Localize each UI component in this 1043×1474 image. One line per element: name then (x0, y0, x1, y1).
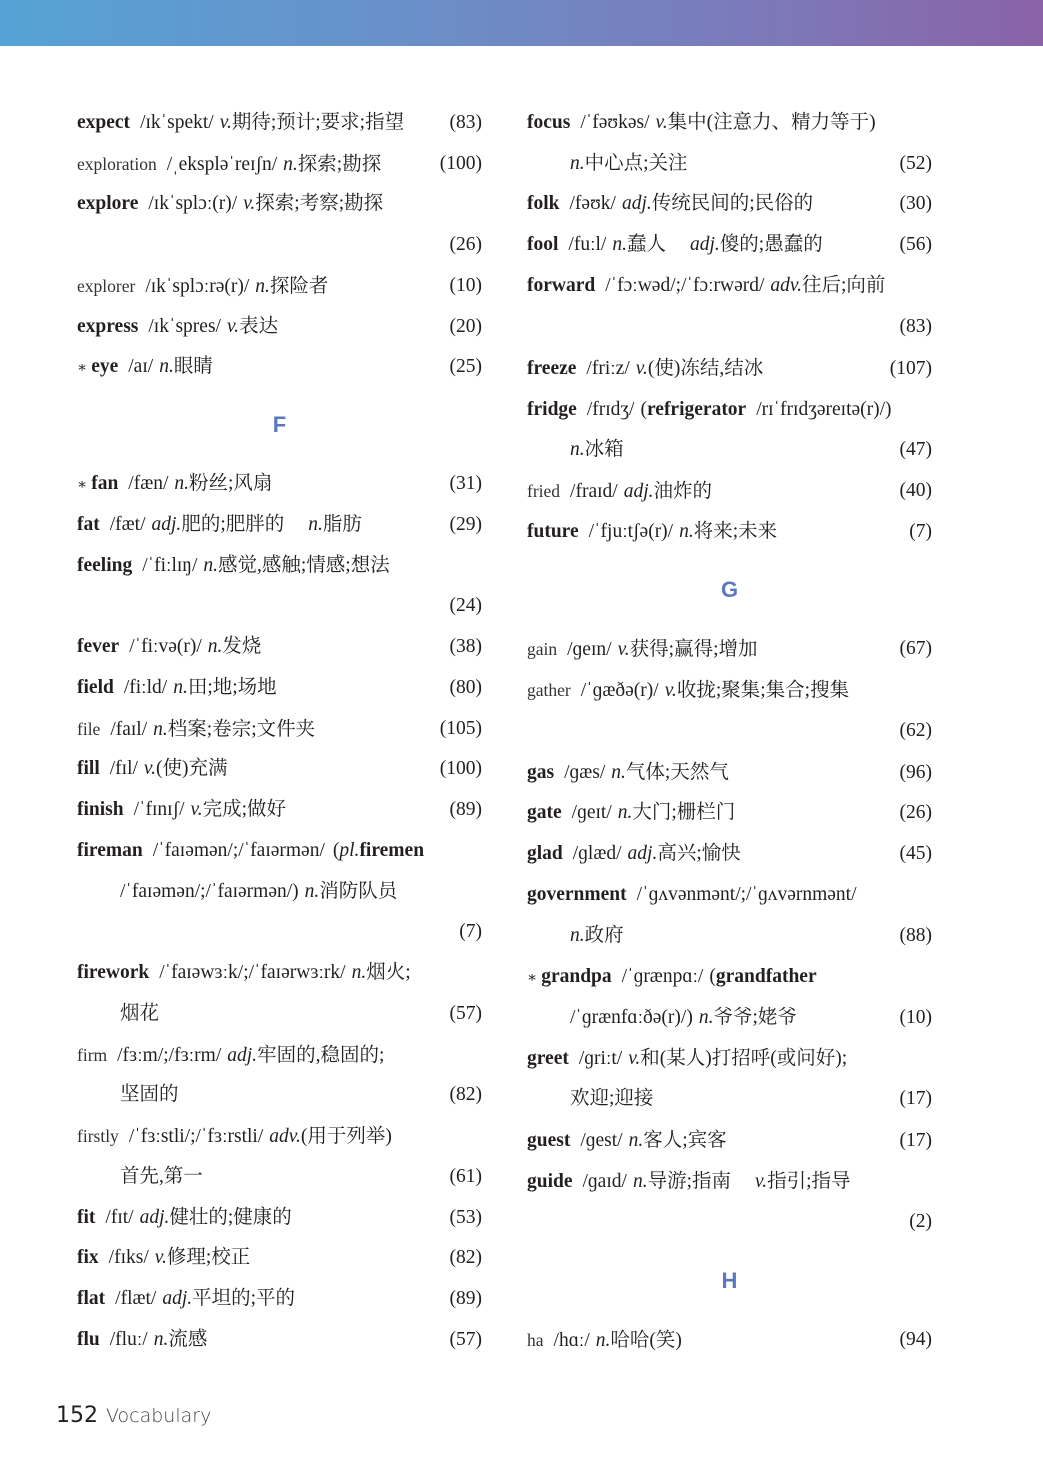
headword: exploration (77, 154, 157, 174)
part-of-speech: n. (283, 154, 298, 175)
meaning: 修理;校正 (167, 1247, 250, 1268)
entry-fried: fried/fraɪd/adj.油炸的 (40) (527, 476, 932, 506)
phonetic: /ˈfaɪəmən/;/ˈfaɪərmən/ (153, 840, 325, 861)
headword: fridge (527, 399, 577, 420)
part-of-speech: n. (596, 1330, 611, 1351)
part-of-speech-2: n. (570, 153, 585, 174)
headword: fit (77, 1207, 95, 1228)
part-of-speech: adj. (628, 843, 658, 864)
phonetic: /ɡest/ (580, 1130, 622, 1151)
headword: field (77, 677, 114, 698)
part-of-speech: adj. (162, 1288, 192, 1309)
page-ref: (40) (900, 476, 933, 506)
entry-exploration: exploration/ˌekspləˈreɪʃn/n.探索;勘探 (100) (77, 149, 482, 179)
entry-fridge-cont: n.冰箱 (47) (527, 435, 932, 465)
meaning: 油炸的 (654, 481, 713, 502)
page-ref: (107) (890, 354, 932, 384)
meaning: 牢固的,稳固的; (257, 1045, 384, 1066)
meaning: 高兴;愉快 (657, 843, 740, 864)
meaning: 档案;卷宗;文件夹 (168, 719, 315, 740)
meaning: 肥的;肥胖的 (181, 514, 284, 535)
headword: grandpa (541, 966, 611, 987)
entry-future: future/ˈfjuːtʃə(r)/n.将来;未来 (7) (527, 517, 932, 547)
entry-fill: fill/fɪl/v.(使)充满 (100) (77, 754, 482, 784)
part-of-speech: n. (159, 356, 174, 377)
meaning: (使)冻结,结冰 (648, 358, 763, 379)
meaning: 传统民间的;民俗的 (652, 193, 813, 214)
meaning: 探索;勘探 (298, 154, 381, 175)
entry-freeze: freeze/friːz/v.(使)冻结,结冰 (107) (527, 354, 932, 384)
meaning: 气体;天然气 (626, 762, 729, 783)
entry-focus: focus/ˈfəʊkəs/v.集中(注意力、精力等于) (527, 108, 932, 138)
page-ref: (100) (440, 754, 482, 784)
entry-grandpa-cont: /ˈɡrænfɑːðə(r)/)n.爷爷;姥爷 (10) (527, 1003, 932, 1033)
entry-fit: fit/fɪt/adj.健壮的;健康的 (53) (77, 1203, 482, 1233)
headword: ha (527, 1330, 544, 1350)
page-ref: (83) (900, 312, 933, 342)
part-of-speech-2: n. (308, 514, 323, 535)
entry-glad: glad/ɡlæd/adj.高兴;愉快 (45) (527, 839, 932, 869)
meaning: 集中(注意力、精力等于) (668, 112, 876, 133)
page-ref: (7) (459, 917, 482, 947)
headword: freeze (527, 358, 576, 379)
part-of-speech: n. (611, 762, 626, 783)
headword: glad (527, 843, 563, 864)
page-ref: (7) (909, 517, 932, 547)
headword: forward (527, 275, 595, 296)
page-ref: (17) (900, 1084, 933, 1114)
plural-phonetic: /ˈfaɪəmən/;/ˈfaɪərmən/) (120, 881, 299, 902)
headword: firework (77, 962, 149, 983)
entry-gather: gather/ˈɡæðə(r)/v.收拢;聚集;集合;搜集 (527, 675, 932, 705)
page-ref: (52) (900, 149, 933, 179)
page-ref: (24) (450, 591, 483, 621)
meaning: 将来;未来 (694, 521, 777, 542)
headword: eye (91, 356, 118, 377)
entry-fix: fix/fɪks/v.修理;校正 (82) (77, 1243, 482, 1273)
part-of-speech: v. (227, 316, 239, 337)
entry-gather-page: (62) (527, 716, 932, 746)
part-of-speech: n. (153, 719, 168, 740)
phonetic: /ɪkˈspekt/ (140, 112, 214, 133)
part-of-speech: n. (173, 677, 188, 698)
part-of-speech: v. (628, 1048, 640, 1069)
entry-firework-cont: 烟花 (57) (77, 999, 482, 1029)
meaning: 收拢;聚集;集合;搜集 (677, 680, 849, 701)
entry-fridge: fridge/frɪdʒ/(refrigerator/rɪˈfrɪdʒəreɪt… (527, 395, 932, 425)
entry-grandpa: ∗grandpa/ˈɡrænpɑː/(grandfather (527, 962, 932, 992)
phonetic: /fæt/ (110, 514, 146, 535)
page-ref: (26) (900, 798, 933, 828)
phonetic: /fluː/ (110, 1329, 148, 1350)
section-letter-g: G (527, 575, 932, 605)
page-ref: (96) (900, 758, 933, 788)
meaning: 爷爷;姥爷 (713, 1007, 796, 1028)
entry-eye: ∗eye/aɪ/n.眼睛 (25) (77, 352, 482, 382)
phonetic: /fɪt/ (105, 1207, 133, 1228)
meaning: 田;地;场地 (188, 677, 277, 698)
phonetic: /fæn/ (128, 473, 168, 494)
entry-feeling-page: (24) (77, 591, 482, 621)
phonetic: /ɪkˈsplɔːrə(r)/ (145, 276, 249, 297)
entry-focus-cont: n.中心点;关注 (52) (527, 149, 932, 179)
page-ref: (57) (450, 999, 483, 1029)
entry-feeling: feeling/ˈfiːlɪŋ/n.感觉,感触;情感;想法 (77, 551, 482, 581)
phonetic: /flæt/ (115, 1288, 156, 1309)
phonetic: /ˌekspləˈreɪʃn/ (167, 154, 277, 175)
phonetic: /ɡæs/ (564, 762, 605, 783)
page-ref: (67) (900, 634, 933, 664)
header-gradient-band (0, 0, 1043, 46)
headword: fool (527, 234, 558, 255)
meaning: 发烧 (222, 636, 261, 657)
meaning: 获得;赢得;增加 (630, 639, 758, 660)
part-of-speech-2: adj. (690, 234, 720, 255)
meaning: 健壮的;健康的 (169, 1207, 291, 1228)
page-ref: (82) (450, 1243, 483, 1273)
meaning: 感觉,感触;情感;想法 (218, 555, 390, 576)
part-of-speech: n. (154, 1329, 169, 1350)
part-of-speech: n. (255, 276, 270, 297)
page-ref: (88) (900, 921, 933, 951)
part-of-speech: v. (636, 358, 648, 379)
entry-gain: gain/ɡeɪn/v.获得;赢得;增加 (67) (527, 634, 932, 664)
headword: firstly (77, 1126, 119, 1146)
phonetic: /fəʊk/ (570, 193, 616, 214)
entry-flu: flu/fluː/n.流感 (57) (77, 1325, 482, 1355)
headword: future (527, 521, 579, 542)
part-of-speech: n. (203, 555, 218, 576)
phonetic: /fɪks/ (109, 1247, 149, 1268)
phonetic: /fuːl/ (568, 234, 606, 255)
meaning: 哈哈(笑) (610, 1330, 682, 1351)
part-of-speech: n. (352, 962, 367, 983)
phonetic: /friːz/ (586, 358, 629, 379)
headword: greet (527, 1048, 569, 1069)
page-ref: (53) (450, 1203, 483, 1233)
entry-fireman-page: (7) (77, 917, 482, 947)
alt-phonetic: /ˈɡrænfɑːðə(r)/) (570, 1007, 693, 1028)
part-of-speech-2: v. (755, 1171, 767, 1192)
headword: gain (527, 639, 557, 659)
page-ref: (61) (450, 1162, 483, 1192)
entry-firstly-cont: 首先,第一 (61) (77, 1162, 482, 1192)
headword: guest (527, 1130, 570, 1151)
headword: express (77, 316, 138, 337)
page-ref: (10) (450, 271, 483, 301)
headword: flat (77, 1288, 105, 1309)
part-of-speech: adj. (227, 1045, 257, 1066)
page-ref: (100) (440, 149, 482, 179)
entry-explore-page: (26) (77, 230, 482, 260)
page-ref: (105) (440, 714, 482, 744)
phonetic: /ˈfjuːtʃə(r)/ (589, 521, 673, 542)
headword: fix (77, 1247, 99, 1268)
part-of-speech: n. (305, 881, 320, 902)
section-label: Vocabulary (106, 1405, 211, 1427)
page-ref: (10) (900, 1003, 933, 1033)
entry-firm-cont: 坚固的 (82) (77, 1080, 482, 1110)
entry-firstly: firstly/ˈfɜːstli/;/ˈfɜːrstli/adv.(用于列举) (77, 1121, 482, 1151)
alt-headword: refrigerator (647, 399, 746, 420)
entry-folk: folk/fəʊk/adj.传统民间的;民俗的 (30) (527, 189, 932, 219)
part-of-speech: adj. (152, 514, 182, 535)
part-of-speech: n. (612, 234, 627, 255)
star-icon: ∗ (77, 360, 87, 376)
page-ref: (94) (900, 1325, 933, 1355)
headword: fever (77, 636, 119, 657)
entry-gate: gate/ɡeɪt/n.大门;栅栏门 (26) (527, 798, 932, 828)
meaning: 完成;做好 (203, 799, 286, 820)
phonetic: /fɜːm/;/fɜːrm/ (117, 1045, 221, 1066)
headword: government (527, 884, 627, 905)
page-ref: (2) (909, 1207, 932, 1237)
page-ref: (62) (900, 716, 933, 746)
plural-form: firemen (359, 840, 424, 861)
phonetic: /faɪl/ (110, 719, 147, 740)
meaning-2: 指引;指导 (767, 1171, 850, 1192)
page-ref: (30) (900, 189, 933, 219)
page-number: 152 (56, 1403, 98, 1428)
part-of-speech: adj. (624, 481, 654, 502)
meaning-cont: 欢迎;迎接 (570, 1088, 653, 1109)
headword: fireman (77, 840, 143, 861)
meaning: 大门;栅栏门 (632, 802, 735, 823)
section-letter-h: H (527, 1266, 932, 1296)
headword: firm (77, 1045, 107, 1065)
page-ref: (38) (450, 632, 483, 662)
phonetic: /ˈfiːlɪŋ/ (142, 555, 197, 576)
entry-finish: finish/ˈfɪnɪʃ/v.完成;做好 (89) (77, 795, 482, 825)
alt-headword: grandfather (716, 966, 817, 987)
phonetic: /ɪkˈspres/ (148, 316, 221, 337)
page-ref: (25) (450, 352, 483, 382)
entry-greet: greet/ɡriːt/v.和(某人)打招呼(或问好); (527, 1044, 932, 1074)
phonetic: /ˈfɔːwəd/;/ˈfɔːrwərd/ (605, 275, 764, 296)
entry-gas: gas/ɡæs/n.气体;天然气 (96) (527, 758, 932, 788)
part-of-speech: adv. (770, 275, 802, 296)
part-of-speech: v. (656, 112, 668, 133)
part-of-speech: n. (208, 636, 223, 657)
headword: gas (527, 762, 554, 783)
meaning: (用于列举) (301, 1126, 392, 1147)
entry-fat: fat/fæt/adj.肥的;肥胖的n.脂肪 (29) (77, 510, 482, 540)
meaning: 烟火; (366, 962, 410, 983)
plural-label: pl. (339, 840, 359, 861)
meaning: 导游;指南 (648, 1171, 731, 1192)
meaning: 消防队员 (319, 881, 397, 902)
headword: gate (527, 802, 562, 823)
page-ref: (26) (450, 230, 483, 260)
entry-fool: fool/fuːl/n.蠢人adj.傻的;愚蠢的 (56) (527, 230, 932, 260)
phonetic: /ˈɡrænpɑː/ (622, 966, 704, 987)
meaning: 粉丝;风扇 (189, 473, 272, 494)
entry-greet-cont: 欢迎;迎接 (17) (527, 1084, 932, 1114)
entry-explore: explore/ɪkˈsplɔː(r)/v.探索;考察;勘探 (77, 189, 482, 219)
headword: file (77, 719, 100, 739)
phonetic: /ˈɡæðə(r)/ (581, 680, 659, 701)
part-of-speech: v. (665, 680, 677, 701)
phonetic: /ɪkˈsplɔː(r)/ (148, 193, 237, 214)
part-of-speech: n. (570, 439, 585, 460)
phonetic: /ɡeɪt/ (572, 802, 612, 823)
part-of-speech: n. (618, 802, 633, 823)
entry-government: government/ˈɡʌvənmənt/;/ˈɡʌvərnmənt/ (527, 880, 932, 910)
meaning-2: 中心点;关注 (585, 153, 688, 174)
phonetic: /ɡlæd/ (573, 843, 622, 864)
headword: focus (527, 112, 570, 133)
headword: flu (77, 1329, 100, 1350)
page-ref: (45) (900, 839, 933, 869)
entry-fireman: fireman/ˈfaɪəmən/;/ˈfaɪərmən/(pl.firemen (77, 836, 482, 866)
phonetic: /ɡriːt/ (579, 1048, 622, 1069)
phonetic: /aɪ/ (128, 356, 153, 377)
entry-guest: guest/ɡest/n.客人;宾客 (17) (527, 1126, 932, 1156)
headword: explore (77, 193, 138, 214)
star-icon: ∗ (527, 970, 537, 986)
part-of-speech: n. (679, 521, 694, 542)
meaning: 探险者 (270, 276, 329, 297)
section-letter-f: F (77, 410, 482, 440)
part-of-speech: adj. (140, 1207, 170, 1228)
phonetic: /ɡeɪn/ (567, 639, 611, 660)
part-of-speech: n. (699, 1007, 714, 1028)
headword: gather (527, 680, 571, 700)
alt-phonetic: /rɪˈfrɪdʒəreɪtə(r)/) (756, 399, 891, 420)
entry-guide: guide/ɡaɪd/n.导游;指南v.指引;指导 (527, 1167, 932, 1197)
entry-fan: ∗fan/fæn/n.粉丝;风扇 (31) (77, 469, 482, 499)
headword: fill (77, 758, 100, 779)
headword: feeling (77, 555, 132, 576)
page-ref: (56) (900, 230, 933, 260)
headword: fan (91, 473, 118, 494)
meaning: 客人;宾客 (643, 1130, 726, 1151)
part-of-speech: n. (633, 1171, 648, 1192)
phonetic: /frɪdʒ/ (587, 399, 635, 420)
entry-express: express/ɪkˈspres/v.表达 (20) (77, 312, 482, 342)
entry-firm: firm/fɜːm/;/fɜːrm/adj.牢固的,稳固的; (77, 1040, 482, 1070)
meaning-2: 脂肪 (323, 514, 362, 535)
meaning: 探索;考察;勘探 (255, 193, 383, 214)
part-of-speech: v. (155, 1247, 167, 1268)
meaning: 表达 (239, 316, 278, 337)
meaning: 平坦的;平的 (192, 1288, 295, 1309)
part-of-speech: v. (220, 112, 232, 133)
part-of-speech: v. (191, 799, 203, 820)
entry-flat: flat/flæt/adj.平坦的;平的 (89) (77, 1284, 482, 1314)
phonetic: /ˈfɜːstli/;/ˈfɜːrstli/ (129, 1126, 263, 1147)
page-ref: (47) (900, 435, 933, 465)
meaning: (使)充满 (156, 758, 228, 779)
entry-fever: fever/ˈfiːvə(r)/n.发烧 (38) (77, 632, 482, 662)
phonetic: /ˈfəʊkəs/ (580, 112, 649, 133)
meaning-cont: 坚固的 (120, 1084, 179, 1105)
meaning-cont: 首先,第一 (120, 1166, 203, 1187)
entry-guide-page: (2) (527, 1207, 932, 1237)
meaning: 往后;向前 (802, 275, 885, 296)
entry-explorer: explorer/ɪkˈsplɔːrə(r)/n.探险者 (10) (77, 271, 482, 301)
part-of-speech: v. (144, 758, 156, 779)
meaning: 眼睛 (174, 356, 213, 377)
phonetic: /ɡaɪd/ (583, 1171, 627, 1192)
meaning: 和(某人)打招呼(或问好); (640, 1048, 847, 1069)
page-ref: (89) (450, 1284, 483, 1314)
headword: fat (77, 514, 100, 535)
entry-fireman-cont: /ˈfaɪəmən/;/ˈfaɪərmən/)n.消防队员 (77, 877, 482, 907)
entry-forward-page: (83) (527, 312, 932, 342)
entry-forward: forward/ˈfɔːwəd/;/ˈfɔːrwərd/adv.往后;向前 (527, 271, 932, 301)
headword: explorer (77, 276, 135, 296)
headword: expect (77, 112, 130, 133)
entry-expect: expect/ɪkˈspekt/v.期待;预计;要求;指望 (83) (77, 108, 482, 138)
phonetic: /ˈfaɪəwɜːk/;/ˈfaɪərwɜːrk/ (159, 962, 345, 983)
meaning-2: 傻的;愚蠢的 (720, 234, 823, 255)
part-of-speech: v. (618, 639, 630, 660)
part-of-speech: v. (243, 193, 255, 214)
headword: folk (527, 193, 560, 214)
meaning: 蠢人 (627, 234, 666, 255)
meaning: 冰箱 (585, 439, 624, 460)
meaning: 流感 (168, 1329, 207, 1350)
page-ref: (20) (450, 312, 483, 342)
page-ref: (80) (450, 673, 483, 703)
entry-firework: firework/ˈfaɪəwɜːk/;/ˈfaɪərwɜːrk/n.烟火; (77, 958, 482, 988)
part-of-speech: n. (570, 925, 585, 946)
part-of-speech: n. (174, 473, 189, 494)
phonetic: /ˈfɪnɪʃ/ (134, 799, 185, 820)
page-ref: (83) (450, 108, 483, 138)
headword: guide (527, 1171, 573, 1192)
star-icon: ∗ (77, 477, 87, 493)
part-of-speech: adj. (622, 193, 652, 214)
phonetic: /fraɪd/ (570, 481, 618, 502)
page-ref: (89) (450, 795, 483, 825)
entry-government-cont: n.政府 (88) (527, 921, 932, 951)
phonetic: /ˈfiːvə(r)/ (129, 636, 202, 657)
headword: finish (77, 799, 124, 820)
meaning-cont: 烟花 (120, 1003, 159, 1024)
phonetic: /fiːld/ (124, 677, 167, 698)
page-ref: (17) (900, 1126, 933, 1156)
page-ref: (57) (450, 1325, 483, 1355)
meaning: 政府 (585, 925, 624, 946)
entry-field: field/fiːld/n.田;地;场地 (80) (77, 673, 482, 703)
phonetic: /fɪl/ (110, 758, 138, 779)
part-of-speech: n. (629, 1130, 644, 1151)
phonetic: /ˈɡʌvənmənt/;/ˈɡʌvərnmənt/ (637, 884, 857, 905)
phonetic: /hɑː/ (554, 1330, 590, 1351)
page-ref: (82) (450, 1080, 483, 1110)
page-footer: 152Vocabulary (56, 1403, 211, 1428)
page-ref: (29) (450, 510, 483, 540)
part-of-speech: adv. (269, 1126, 301, 1147)
entry-file: file/faɪl/n.档案;卷宗;文件夹 (105) (77, 714, 482, 744)
headword: fried (527, 481, 560, 501)
page-ref: (31) (450, 469, 483, 499)
entry-ha: ha/hɑː/n.哈哈(笑) (94) (527, 1325, 932, 1355)
meaning: 期待;预计;要求;指望 (232, 112, 404, 133)
